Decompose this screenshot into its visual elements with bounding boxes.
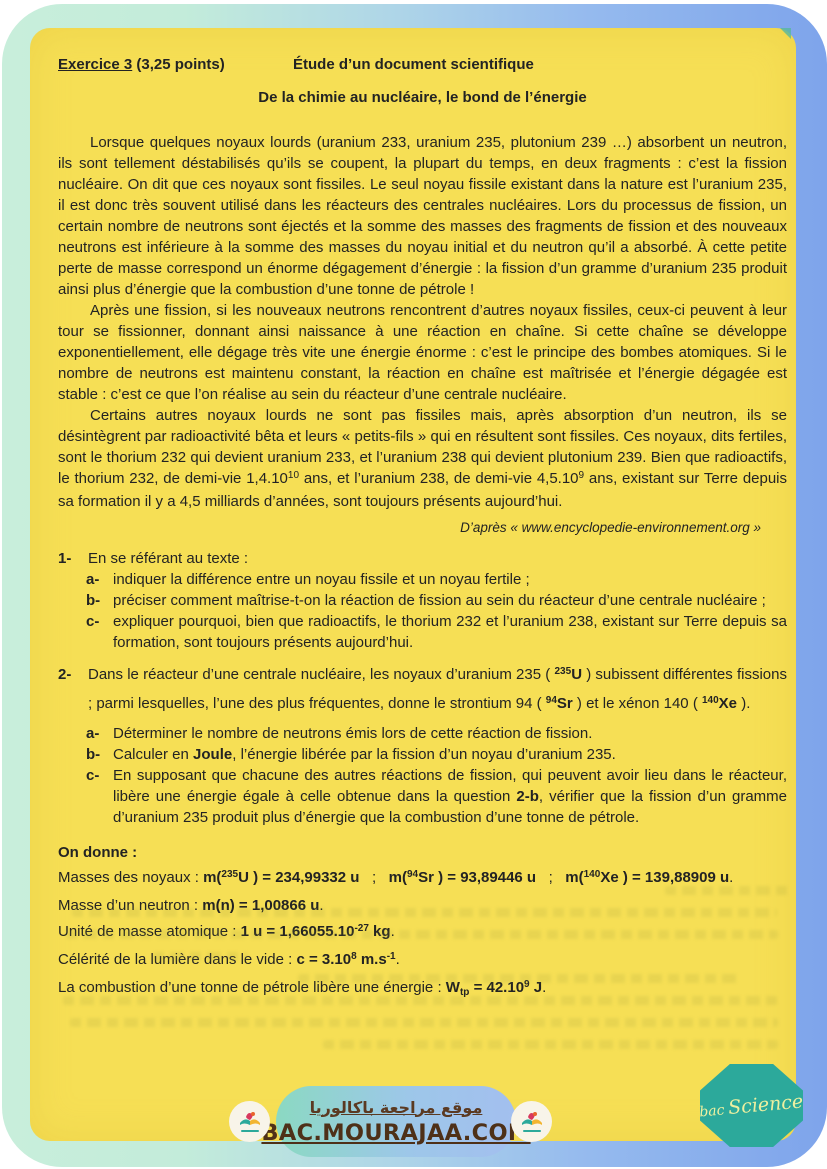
question-1-item-a: a- indiquer la différence entre un noyau…	[86, 569, 787, 590]
question-2-item-c: c- En supposant que chacune des autres r…	[86, 765, 787, 828]
mourajaa-logo-icon	[238, 1111, 262, 1128]
item-marker: c-	[86, 765, 113, 828]
badge-caption-line	[241, 1130, 259, 1132]
banner-arabic-title: موقع مراجعة باكالوريا	[310, 1098, 483, 1118]
question-2-item-a: a- Déterminer le nombre de neutrons émis…	[86, 723, 787, 744]
question-2-item-b: b- Calculer en Joule, l’énergie libérée …	[86, 744, 787, 765]
item-marker: a-	[86, 723, 113, 744]
exercise-label: Exercice 3	[58, 56, 132, 73]
mourajaa-logo-icon	[520, 1111, 544, 1128]
item-text: Calculer en Joule, l’énergie libérée par…	[113, 744, 787, 765]
badge-left	[229, 1101, 270, 1142]
badge-right	[511, 1101, 552, 1142]
intro-paragraph-3: Certains autres noyaux lourds ne sont pa…	[58, 405, 787, 512]
stamp-text: bacScience	[699, 1090, 805, 1121]
question-2-intro: Dans le réacteur d’une centrale nucléair…	[88, 661, 787, 719]
ghost-line	[665, 886, 790, 895]
footer-banner: موقع مراجعة باكالوريا BAC.MOURAJAA.COM	[276, 1086, 516, 1157]
question-2-marker: 2-	[58, 661, 88, 719]
exercise-points: (3,25 points)	[132, 56, 225, 73]
question-2: 2- Dans le réacteur d’une centrale nuclé…	[58, 661, 787, 719]
exam-header: Exercice 3 (3,25 points) Étude d’un docu…	[58, 54, 787, 75]
exam-page: Exercice 3 (3,25 points) Étude d’un docu…	[30, 28, 796, 1141]
item-text: indiquer la différence entre un noyau fi…	[113, 569, 787, 590]
scan-background: Exercice 3 (3,25 points) Étude d’un docu…	[0, 0, 827, 1169]
document-title: Étude d’un document scientifique	[293, 54, 534, 75]
question-1-item-c: c- expliquer pourquoi, bien que radioact…	[86, 611, 787, 653]
question-1: 1- En se référant au texte :	[58, 548, 787, 569]
ghost-line	[298, 974, 738, 983]
given-label: On donne :	[58, 842, 787, 863]
item-text: préciser comment maîtrise-t-on la réacti…	[113, 590, 787, 611]
stamp-word-bac: bac	[699, 1102, 725, 1120]
banner-domain-link[interactable]: BAC.MOURAJAA.COM	[261, 1120, 530, 1146]
question-1-items: a- indiquer la différence entre un noyau…	[86, 569, 787, 653]
badge-caption-line	[523, 1130, 541, 1132]
item-text: Déterminer le nombre de neutrons émis lo…	[113, 723, 787, 744]
question-2-items: a- Déterminer le nombre de neutrons émis…	[86, 723, 787, 828]
item-text: expliquer pourquoi, bien que radioactifs…	[113, 611, 787, 653]
ghost-line	[323, 1040, 778, 1049]
item-marker: a-	[86, 569, 113, 590]
exam-content: Exercice 3 (3,25 points) Étude d’un docu…	[30, 28, 796, 1001]
question-1-intro: En se référant au texte :	[88, 548, 787, 569]
ghost-line	[153, 952, 248, 961]
ghost-line	[63, 996, 778, 1005]
intro-paragraph-1: Lorsque quelques noyaux lourds (uranium …	[58, 132, 787, 300]
source-attribution: D’après « www.encyclopedie-environnement…	[58, 517, 761, 538]
stamp-word-science: Science	[728, 1090, 805, 1118]
ghost-bleedthrough	[58, 886, 808, 1062]
question-1-marker: 1-	[58, 548, 88, 569]
ghost-line	[66, 930, 778, 939]
intro-paragraph-2: Après une fission, si les nouveaux neutr…	[58, 300, 787, 405]
ghost-line	[70, 1018, 778, 1027]
item-marker: c-	[86, 611, 113, 653]
item-marker: b-	[86, 590, 113, 611]
item-marker: b-	[86, 744, 113, 765]
question-1-item-b: b- préciser comment maîtrise-t-on la réa…	[86, 590, 787, 611]
ghost-line	[72, 908, 777, 917]
document-subtitle: De la chimie au nucléaire, le bond de l’…	[58, 87, 787, 108]
item-text: En supposant que chacune des autres réac…	[113, 765, 787, 828]
